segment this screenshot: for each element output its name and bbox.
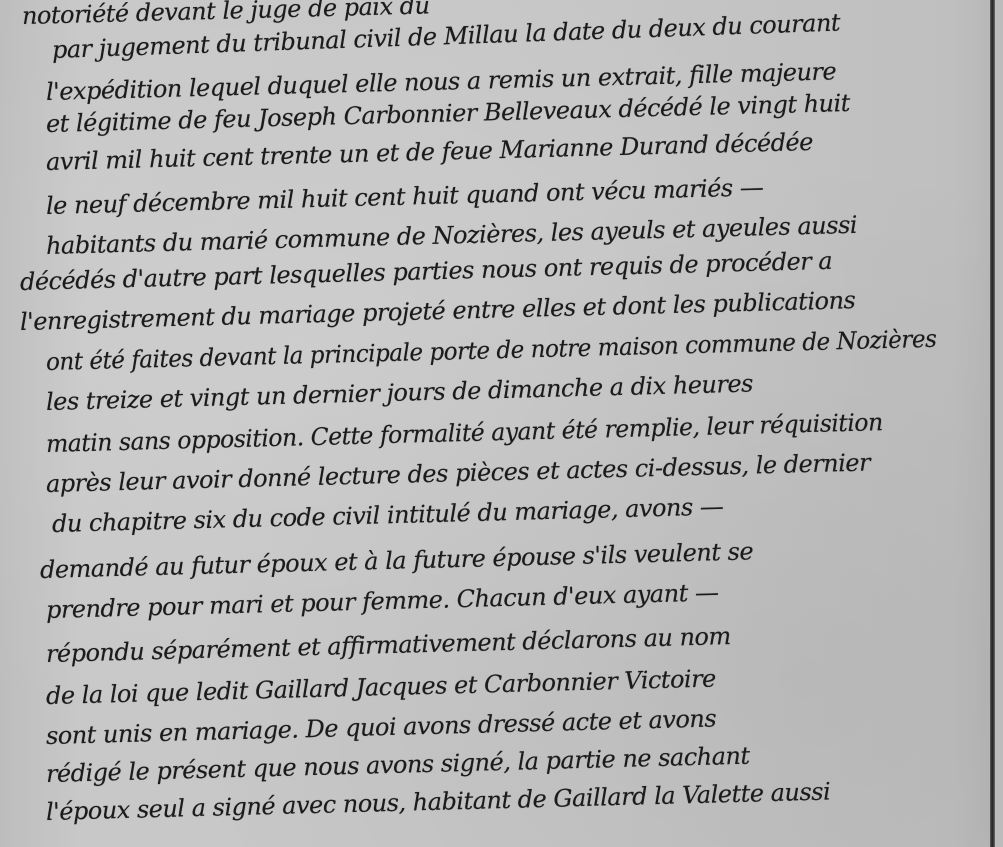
handwritten-line: ont été faites devant la principale port… [46,325,937,376]
page-margin-strip [995,0,1003,847]
handwritten-line: l'enregistrement du mariage projeté entr… [20,286,856,336]
handwritten-line: répondu séparément et affirmativement dé… [46,622,731,668]
handwritten-line: après leur avoir donné lecture des pièce… [46,448,871,498]
handwritten-line: le neuf décembre mil huit cent huit quan… [46,173,764,220]
handwritten-line: demandé au futur époux et à la future ép… [40,537,754,584]
handwritten-line: du chapitre six du code civil intitulé d… [52,492,724,538]
handwritten-line: rédigé le présent que nous avons signé, … [46,742,750,788]
scanned-document-page: notoriété devant le juge de paix dupar j… [0,0,1003,847]
handwritten-line: de la loi que ledit Gaillard Jacques et … [46,664,717,710]
handwritten-line: prendre pour mari et pour femme. Chacun … [46,578,719,624]
handwritten-line: avril mil huit cent trente un et de feue… [46,128,814,176]
handwritten-line: sont unis en mariage. De quoi avons dres… [46,704,717,750]
handwritten-line: les treize et vingt un dernier jours de … [46,369,754,416]
